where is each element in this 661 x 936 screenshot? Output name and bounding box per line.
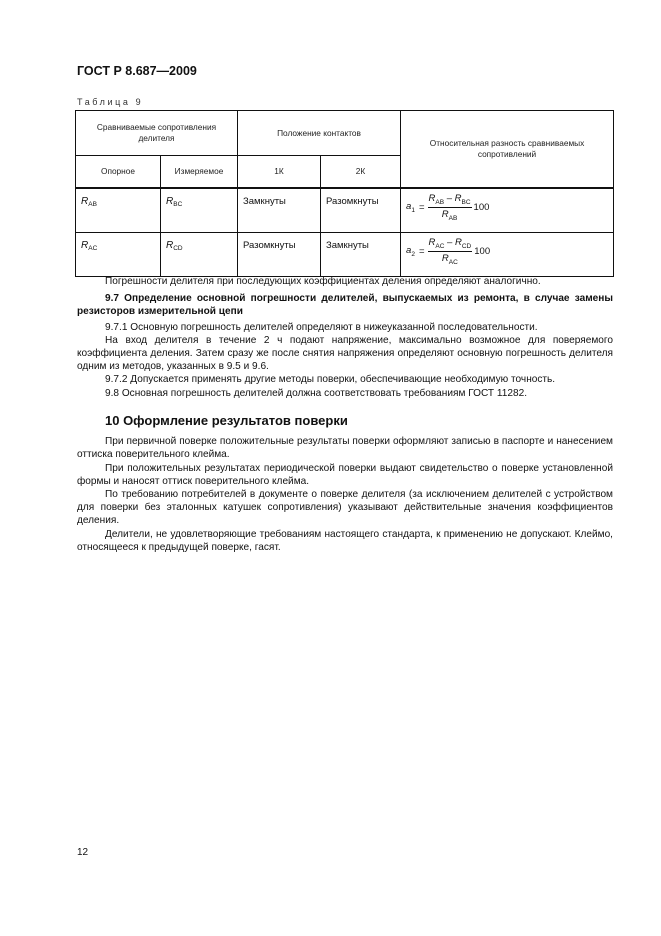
header-relative-difference: Относительная разность сравниваемых сопр… <box>401 111 614 189</box>
header-measured: Измеряемое <box>161 156 238 189</box>
formula-a1: a1 = RAB – RBC RAB 100 <box>406 193 608 222</box>
section-10-body: 10 Оформление результатов поверки При пе… <box>77 414 613 554</box>
paragraph: По требованию потребителей в документе о… <box>77 488 613 528</box>
section-9-7-title: 9.7 Определение основной погрешности дел… <box>77 292 613 318</box>
contact-2k-cell: Разомкнуты <box>321 188 401 233</box>
paragraph: На вход делителя в течение 2 ч подают на… <box>77 334 613 374</box>
section-9-body: Погрешности делителя при последующих коэ… <box>77 275 613 400</box>
formula-cell: a1 = RAB – RBC RAB 100 <box>401 188 614 233</box>
section-9-8: 9.8 Основная погрешность делителей должн… <box>77 387 613 400</box>
reference-cell: RAC <box>76 233 161 277</box>
table-caption: Таблица 9 <box>77 97 143 107</box>
header-contact-2k: 2К <box>321 156 401 189</box>
page-number: 12 <box>77 847 88 858</box>
table-row: RAC RCD Разомкнуты Замкнуты a2 = RAC – R… <box>76 233 614 277</box>
header-reference: Опорное <box>76 156 161 189</box>
contact-1k-cell: Разомкнуты <box>238 233 321 277</box>
section-9-7-2: 9.7.2 Допускается применять другие метод… <box>77 373 613 386</box>
header-contact-position: Положение контактов <box>238 111 401 156</box>
table-row: RAB RBC Замкнуты Разомкнуты a1 = RAB – R… <box>76 188 614 233</box>
table-9: Сравниваемые сопротивления делителя Поло… <box>75 110 614 277</box>
formula-cell: a2 = RAC – RCD RAC 100 <box>401 233 614 277</box>
measured-cell: RBC <box>161 188 238 233</box>
document-code: ГОСТ Р 8.687—2009 <box>77 64 197 78</box>
paragraph: При положительных результатах периодичес… <box>77 462 613 488</box>
header-contact-1k: 1К <box>238 156 321 189</box>
contact-2k-cell: Замкнуты <box>321 233 401 277</box>
contact-1k-cell: Замкнуты <box>238 188 321 233</box>
section-9-7-1: 9.7.1 Основную погрешность делителей опр… <box>77 321 613 334</box>
measured-cell: RCD <box>161 233 238 277</box>
header-compared-resistances: Сравниваемые сопротивления делителя <box>76 111 238 156</box>
reference-cell: RAB <box>76 188 161 233</box>
paragraph: Погрешности делителя при последующих коэ… <box>77 275 613 288</box>
paragraph: При первичной поверке положительные резу… <box>77 435 613 461</box>
paragraph: Делители, не удовлетворяющие требованиям… <box>77 528 613 554</box>
formula-a2: a2 = RAC – RCD RAC 100 <box>406 237 608 266</box>
section-10-title: 10 Оформление результатов поверки <box>77 414 613 427</box>
